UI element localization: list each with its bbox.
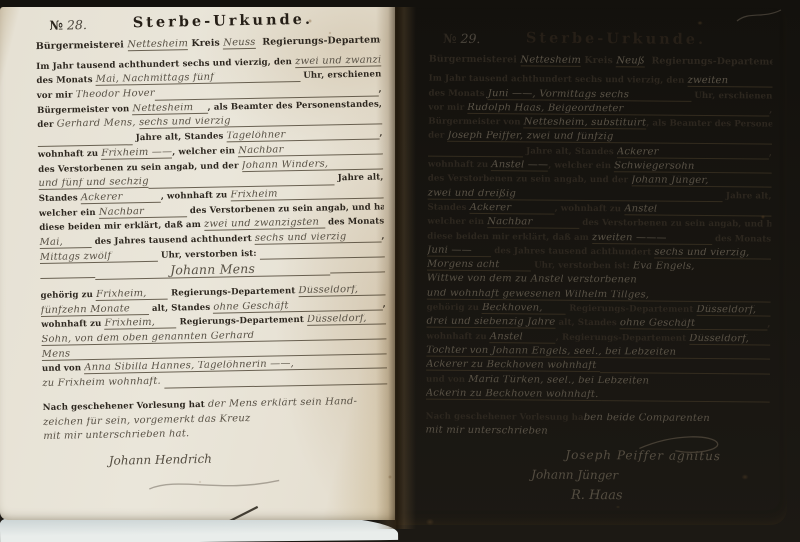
- printed-text: Bürgermeisterei: [36, 40, 128, 51]
- handwritten-text: Anstel: [490, 332, 556, 344]
- printed-text: , Regierungs-Departement: [556, 333, 690, 343]
- handwritten-text: Ackerer: [470, 203, 555, 215]
- printed-text: wohnhaft zu: [428, 161, 491, 170]
- signature-flourish: [139, 466, 320, 520]
- printed-text: ,: [769, 106, 772, 115]
- printed-text: ,: [379, 85, 382, 94]
- printed-text: Uhr, verstorben ist:: [158, 249, 260, 260]
- printed-text: der: [37, 121, 57, 130]
- photograph-of-register-book: { "palette":{ "photo_background":"#17140…: [0, 0, 800, 542]
- printed-text: Im Jahr tausend achthundert sechs und vi…: [429, 75, 688, 86]
- printed-text: Bürgermeisterei: [429, 55, 521, 65]
- handwritten-text: Vormittags sechs: [539, 89, 691, 101]
- printed-text: Regierungs-Departement: [566, 305, 696, 315]
- handwritten-text: Nettesheim: [520, 55, 581, 67]
- handwritten-text: zu Frixheim wohnhaft.: [42, 377, 164, 389]
- printed-text: der: [428, 132, 447, 141]
- document-title: Sterbe-Urkunde.: [35, 9, 380, 33]
- handwritten-text: Theodor Hover: [76, 89, 155, 101]
- handwritten-text: ohne Geschäft: [213, 299, 383, 313]
- handwritten-text: ben beide Comparenten: [584, 413, 710, 424]
- handwritten-text: Ackerer zu Beckhoven wohnhaft: [426, 360, 600, 373]
- printed-text: gehörig zu: [41, 291, 97, 301]
- open-register-book: № 28. Sterbe-Urkunde. Bürgermeisterei Ne…: [0, 7, 787, 533]
- printed-text: Kreis: [581, 56, 616, 66]
- handwritten-text: Gerhard Mens,: [57, 119, 140, 131]
- handwritten-text: Mittags zwölf: [40, 250, 158, 263]
- record-number-value: 28.: [67, 17, 87, 32]
- handwritten-text: Juni ——,: [488, 89, 540, 100]
- handwritten-text: und fünf und sechzig: [38, 177, 149, 190]
- handwritten-text: Mai,: [39, 237, 91, 249]
- printed-text: welcher ein: [39, 208, 99, 218]
- handwritten-text: drei und siebenzig Jahre: [426, 317, 555, 329]
- printed-text: Nach geschehener Vorlesung ha: [426, 413, 584, 423]
- signature-block: Johann Hendrich: [109, 448, 389, 473]
- handwritten-text: Frixheim ——: [101, 147, 172, 159]
- handwritten-text: Eva Engels,: [633, 262, 771, 273]
- handwritten-text: zwei und zwanzigsten: [204, 218, 325, 231]
- handwritten-text: mit mir unterschrieben: [426, 426, 548, 437]
- signature-list: Johann Hendrich: [109, 448, 389, 473]
- printed-text: , als Beamter des Personenstandes,: [646, 120, 772, 130]
- record-number-value: 29.: [460, 31, 480, 46]
- printed-text: Jahre alt,: [723, 192, 772, 201]
- printed-text: wohnhaft zu: [41, 320, 105, 330]
- printed-text: Jahre alt, Standes: [523, 147, 617, 156]
- handwritten-text: Frixheim: [230, 187, 383, 201]
- printed-text: Uhr, erschienen: [691, 91, 772, 100]
- handwritten-text: Ackerin zu Beckhoven wohnhaft.: [426, 388, 602, 401]
- page-right-content: № 29. Sterbe-Urkunde. Bürgermeisterei Ne…: [395, 8, 787, 525]
- document-title: Sterbe-Urkunde.: [429, 29, 773, 49]
- signature-list: Joseph Peiffer agnitusJohann JüngerR. Ha…: [525, 447, 770, 509]
- handwritten-text: Nachbar: [487, 217, 579, 229]
- printed-text: alt, Standes: [149, 303, 214, 313]
- blank-rule: [516, 199, 723, 202]
- handwritten-text: Johann Jünger,: [631, 176, 772, 188]
- handwritten-text: zweiten: [687, 76, 772, 88]
- signature: R. Haas: [571, 488, 769, 510]
- blank-rule: [330, 271, 385, 273]
- handwritten-text: zwei und zwanzigsten: [295, 55, 381, 68]
- handwritten-text: Schwiegersohn: [614, 161, 772, 173]
- printed-text: , welcher ein: [548, 162, 614, 171]
- printed-text: wohnhaft zu: [426, 332, 489, 341]
- printed-text: des Monats: [325, 218, 384, 228]
- handwritten-text: Ackerer: [617, 147, 769, 159]
- printed-text: diese beiden mir erklärt, daß am: [427, 232, 592, 242]
- handwritten-text: Maria Türken, seel., bei Lebzeiten: [468, 374, 770, 387]
- printed-text: Bürgermeister von: [428, 118, 524, 127]
- printed-text: Regierungs-Departement Düsseldorf.: [645, 56, 773, 67]
- handwritten-text: Wittwe von dem zu Anstel verstorbenen: [427, 274, 637, 286]
- page-left-content: № 28. Sterbe-Urkunde. Bürgermeisterei Ne…: [0, 7, 395, 520]
- handwritten-text: der Mens erklärt sein Hand-: [208, 397, 357, 410]
- handwritten-text: Düsseldorf,: [307, 314, 386, 327]
- printed-text: Nach geschehener Vorlesung hat: [43, 401, 208, 413]
- record-number: № 29.: [443, 31, 481, 46]
- handwritten-text: Tochter von Johann Engels, seel., bei Le…: [426, 346, 770, 360]
- printed-text: des Monats: [428, 89, 487, 98]
- handwritten-text: Beckhoven,: [482, 303, 566, 315]
- record-number: № 28.: [49, 17, 87, 33]
- printed-text: des Verstorbenen zu sein angab, und der: [38, 162, 242, 174]
- handwritten-text: Tagelöhner: [226, 129, 379, 143]
- handwritten-text: Anstel ——: [491, 160, 548, 171]
- printed-text: des Verstorbenen zu sein angab, und habe…: [187, 203, 384, 216]
- signature: Johann Hendrich: [109, 448, 389, 473]
- blank-rule: [260, 257, 385, 260]
- handwritten-text: sechs und vierzig,: [654, 247, 771, 259]
- handwritten-text: Morgens acht: [427, 260, 531, 272]
- blank-rule: [600, 372, 770, 374]
- printed-text: ,: [767, 321, 770, 330]
- printed-text: Standes: [39, 194, 81, 203]
- handwritten-text: Juni ——: [427, 245, 491, 257]
- handwritten-text: zwei und dreißig: [428, 188, 516, 200]
- printed-text: ,: [769, 149, 772, 158]
- printed-text: des Verstorbenen zu sein angab, und der: [428, 175, 632, 185]
- printed-text: Regierungs-Departement: [176, 316, 307, 327]
- printed-text: des Jahres tausend achthundert: [491, 247, 654, 257]
- handwritten-text: sechs und vierzig: [255, 231, 382, 244]
- printed-text: , wohnhaft zu: [555, 205, 625, 214]
- handwritten-text: zweiten ———: [592, 233, 712, 245]
- handwritten-text: Anstel: [624, 204, 771, 216]
- printed-text: Jahre alt,: [335, 174, 384, 184]
- printed-text: des Monats: [36, 76, 95, 86]
- printed-text: Uhr, erschienen: [300, 71, 381, 81]
- handwritten-text: ohne Geschäft: [620, 319, 768, 331]
- handwritten-text: Joseph Peiffer, zwei und fünfzig: [447, 131, 772, 145]
- handwritten-text: fünfzehn Monate: [41, 304, 149, 317]
- printed-text: , als Beamter des Personenstandes,: [208, 100, 383, 112]
- printed-text: alt, Standes: [555, 319, 620, 328]
- printed-text: gehörig zu: [427, 304, 483, 313]
- handwritten-text: Nettesheim: [132, 103, 207, 115]
- printed-text: , wohnhaft zu: [161, 191, 231, 201]
- handwritten-text: Düsseldorf,: [696, 305, 770, 317]
- handwritten-text: Mai,: [96, 75, 123, 87]
- form-body: Bürgermeisterei Nettesheim Kreis Neuß Re…: [425, 55, 772, 444]
- page-left: № 28. Sterbe-Urkunde. Bürgermeisterei Ne…: [0, 7, 395, 520]
- handwritten-text: Düsseldorf,: [689, 334, 770, 346]
- printed-text: und von: [426, 375, 468, 384]
- printed-text: Jahre alt, Standes: [133, 133, 227, 143]
- handwritten-text: Nachbar: [238, 143, 383, 157]
- signature: Johann Jünger: [531, 467, 769, 489]
- blank-rule: [38, 144, 133, 147]
- printed-text: diese beiden mir erklärt, daß am: [39, 221, 204, 233]
- printed-text: vor mir: [37, 91, 76, 100]
- form-line: mit mir unterschrieben: [425, 426, 769, 443]
- printed-text: , welcher ein: [172, 147, 238, 157]
- blank-rule: [40, 277, 95, 279]
- printed-text: des Jahres tausend achthundert: [91, 235, 254, 247]
- handwritten-text: Neuss: [223, 38, 256, 50]
- printed-text: Kreis: [188, 38, 223, 48]
- handwritten-text: Rudolph Haas, Beigeordneter: [467, 103, 769, 117]
- signature-block: Joseph Peiffer agnitusJohann JüngerR. Ha…: [525, 447, 770, 509]
- numero-sign: №: [443, 31, 457, 46]
- handwritten-text: Ackerer: [81, 192, 161, 205]
- printed-text: Regierungs-Departement Düsseldorf.: [255, 35, 380, 47]
- signature: Joseph Peiffer agnitus: [565, 448, 769, 470]
- printed-text: ,: [379, 130, 382, 139]
- handwritten-text: Johann Winders,: [242, 158, 384, 172]
- printed-text: wohnhaft zu: [38, 150, 102, 160]
- handwritten-text: Frixheim,: [96, 289, 168, 301]
- form-line: Bürgermeisterei Nettesheim Kreis Neuß Re…: [429, 55, 773, 72]
- handwritten-text: Neuß: [616, 56, 645, 67]
- printed-text: Regierungs-Departement: [168, 287, 299, 298]
- printed-text: Im Jahr tausend achthundert sechs und vi…: [36, 58, 295, 72]
- printed-text: ,: [383, 300, 386, 309]
- handwritten-text: Nachbar: [99, 206, 187, 219]
- printed-text: und von: [42, 365, 84, 374]
- printed-text: des Verstorbenen zu sein angab, und habe…: [579, 219, 771, 229]
- handwritten-text: Mens: [42, 348, 112, 360]
- blank-rule: [428, 156, 523, 158]
- handwritten-text: Nachmittags fünf: [122, 71, 300, 85]
- form-line: Ackerin zu Beckhoven wohnhaft.: [426, 388, 770, 405]
- printed-text: Standes: [427, 204, 469, 213]
- blank-rule: [602, 400, 770, 402]
- header-row: № 29. Sterbe-Urkunde.: [429, 29, 773, 56]
- page-right: № 29. Sterbe-Urkunde. Bürgermeisterei Ne…: [395, 8, 787, 525]
- printed-text: vor mir: [428, 103, 467, 112]
- printed-text: Uhr, verstorben ist:: [531, 262, 633, 271]
- printed-text: des Monats: [712, 235, 771, 244]
- form-body: Bürgermeisterei Nettesheim Kreis Neuss R…: [36, 35, 389, 446]
- handwritten-text: Nettesheim: [127, 39, 188, 51]
- blank-rule: [164, 383, 387, 388]
- handwritten-text: mit mir unterschrieben hat.: [43, 429, 189, 442]
- printed-text: Bürgermeister von: [37, 105, 133, 115]
- handwritten-text: Nettesheim, substituirt: [524, 118, 647, 130]
- handwritten-text: Frixheim,: [104, 318, 176, 330]
- handwritten-text: und wohnhaft gewesenen Wilhelm Tillges,: [427, 288, 771, 302]
- numero-sign: №: [49, 18, 63, 33]
- printed-text: ,: [381, 232, 384, 241]
- printed-text: welcher ein: [427, 218, 487, 227]
- handwritten-text: Düsseldorf,: [298, 284, 385, 297]
